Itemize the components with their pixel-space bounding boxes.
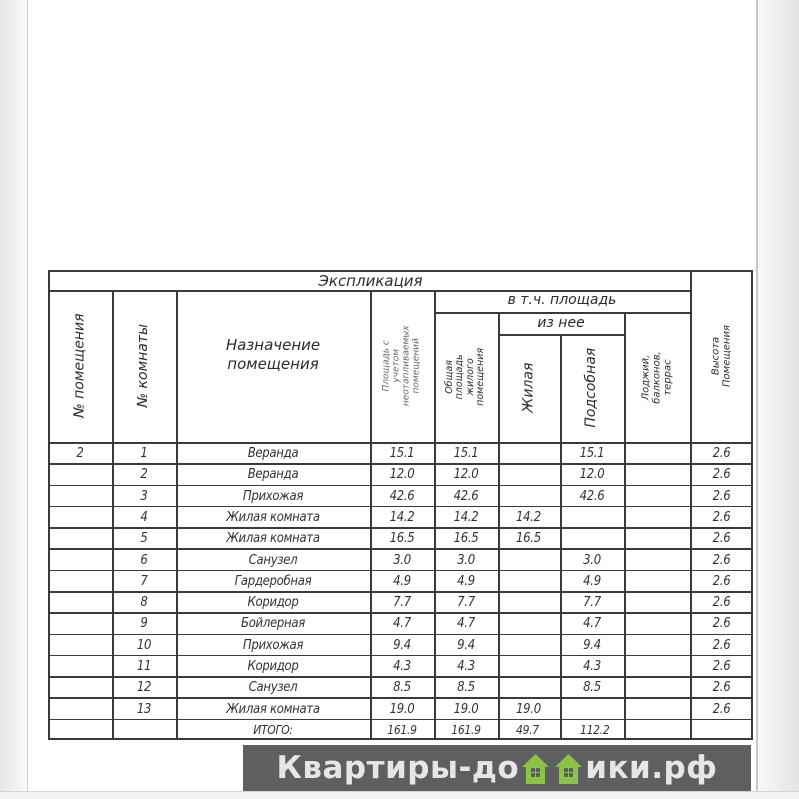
cell-group (48, 592, 112, 613)
cell-area-all: 16.5 (370, 528, 434, 549)
table-grid-line (560, 334, 562, 442)
cell-living (498, 635, 560, 656)
header-room-no: № комнаты (112, 290, 176, 442)
cell-height: 2.6 (690, 443, 753, 464)
cell-aux: 4.9 (560, 571, 624, 592)
cell-area-total: 4.3 (434, 656, 498, 677)
cell-height: 2.6 (690, 528, 753, 549)
explication-table: Экспликация № помещения № комнаты Назнач… (48, 270, 753, 740)
cell-area-all: 4.9 (370, 571, 434, 592)
cell-area-total: 14.2 (434, 507, 498, 528)
cell-aux: 42.6 (560, 486, 624, 507)
header-living: Жилая (498, 334, 560, 442)
cell-aux: 9.4 (560, 635, 624, 656)
cell-height: 2.6 (690, 571, 753, 592)
table-grid-line (498, 334, 624, 336)
cell-name: Санузел (176, 677, 370, 698)
cell-group (48, 656, 112, 677)
cell-area-total: 16.5 (434, 528, 498, 549)
cell-group (48, 464, 112, 485)
cell-area-total: 19.0 (434, 698, 498, 719)
cell-area-all: 161.9 (370, 720, 434, 741)
cell-room: 1 (112, 443, 176, 464)
cell-aux (560, 698, 624, 719)
table-title: Экспликация (308, 272, 433, 290)
table-grid-line (434, 312, 690, 314)
cell-aux (560, 507, 624, 528)
cell-room (112, 720, 176, 741)
cell-living: 16.5 (498, 528, 560, 549)
cell-loggia (624, 486, 690, 507)
cell-height: 2.6 (690, 635, 753, 656)
cell-area-total: 4.7 (434, 613, 498, 634)
header-purpose: Назначение помещения (198, 336, 348, 374)
table-grid-line (498, 312, 500, 442)
cell-aux: 112.2 (560, 720, 624, 741)
house-icon (520, 751, 551, 785)
cell-name: Коридор (176, 656, 370, 677)
cell-area-total: 7.7 (434, 592, 498, 613)
cell-loggia (624, 549, 690, 570)
cell-room: 3 (112, 486, 176, 507)
cell-group (48, 549, 112, 570)
cell-name: Бойлерная (176, 613, 370, 634)
cell-area-all: 8.5 (370, 677, 434, 698)
cell-area-total: 3.0 (434, 549, 498, 570)
header-area-with-unheated: Площадь с учетом неотапливаемых помещени… (370, 290, 434, 442)
cell-living (498, 677, 560, 698)
cell-height: 2.6 (690, 592, 753, 613)
cell-room: 4 (112, 507, 176, 528)
header-total-living-area: Общая площадь жилого помещения (434, 312, 498, 442)
cell-living: 49.7 (498, 720, 560, 741)
cell-height (690, 720, 753, 741)
cell-area-all: 12.0 (370, 464, 434, 485)
cell-living (498, 592, 560, 613)
cell-name: Веранда (176, 443, 370, 464)
cell-group (48, 720, 112, 741)
cell-room: 7 (112, 571, 176, 592)
cell-height: 2.6 (690, 613, 753, 634)
cell-aux: 4.7 (560, 613, 624, 634)
cell-room: 6 (112, 549, 176, 570)
cell-aux: 15.1 (560, 443, 624, 464)
cell-group (48, 571, 112, 592)
cell-living (498, 613, 560, 634)
cell-room: 12 (112, 677, 176, 698)
cell-loggia (624, 720, 690, 741)
cell-area-total: 8.5 (434, 677, 498, 698)
cell-aux: 12.0 (560, 464, 624, 485)
cell-height: 2.6 (690, 656, 753, 677)
cell-area-all: 4.7 (370, 613, 434, 634)
cell-area-all: 14.2 (370, 507, 434, 528)
header-room-group-no: № помещения (48, 290, 112, 442)
site-watermark: Квартиры-до ики.рф (243, 745, 751, 791)
cell-living (498, 464, 560, 485)
cell-area-all: 4.3 (370, 656, 434, 677)
header-auxiliary: Подсобная (560, 334, 624, 442)
cell-room: 8 (112, 592, 176, 613)
header-height: Высота Помещения (690, 270, 753, 442)
cell-room: 5 (112, 528, 176, 549)
cell-loggia (624, 656, 690, 677)
cell-height: 2.6 (690, 507, 753, 528)
cell-loggia (624, 613, 690, 634)
cell-living: 14.2 (498, 507, 560, 528)
cell-height: 2.6 (690, 677, 753, 698)
cell-loggia (624, 677, 690, 698)
watermark-text-start: Квартиры-до (277, 750, 520, 786)
cell-area-total: 161.9 (434, 720, 498, 741)
table-grid-line (48, 270, 753, 272)
cell-name: Прихожая (176, 635, 370, 656)
cell-name: Жилая комната (176, 698, 370, 719)
cell-loggia (624, 698, 690, 719)
cell-area-total: 15.1 (434, 443, 498, 464)
cell-aux: 4.3 (560, 656, 624, 677)
cell-room: 13 (112, 698, 176, 719)
cell-height: 2.6 (690, 464, 753, 485)
cell-loggia (624, 635, 690, 656)
cell-area-total: 12.0 (434, 464, 498, 485)
cell-living: 19.0 (498, 698, 560, 719)
cell-aux: 3.0 (560, 549, 624, 570)
cell-area-all: 9.4 (370, 635, 434, 656)
cell-name: Гардеробная (176, 571, 370, 592)
watermark-text-end: ики.рф (585, 750, 717, 786)
cell-area-all: 19.0 (370, 698, 434, 719)
cell-aux (560, 528, 624, 549)
cell-group (48, 677, 112, 698)
cell-name: ИТОГО: (176, 720, 370, 741)
cell-group (48, 507, 112, 528)
cell-area-total: 9.4 (434, 635, 498, 656)
cell-group (48, 698, 112, 719)
cell-height: 2.6 (690, 486, 753, 507)
cell-name: Прихожая (176, 486, 370, 507)
cell-loggia (624, 592, 690, 613)
cell-room: 9 (112, 613, 176, 634)
cell-name: Веранда (176, 464, 370, 485)
cell-area-all: 15.1 (370, 443, 434, 464)
cell-height: 2.6 (690, 698, 753, 719)
cell-group (48, 635, 112, 656)
cell-area-total: 4.9 (434, 571, 498, 592)
cell-name: Жилая комната (176, 528, 370, 549)
cell-group: 2 (48, 443, 112, 464)
cell-room: 10 (112, 635, 176, 656)
cell-living (498, 656, 560, 677)
cell-loggia (624, 443, 690, 464)
cell-loggia (624, 571, 690, 592)
cell-aux: 7.7 (560, 592, 624, 613)
cell-name: Жилая комната (176, 507, 370, 528)
cell-room: 11 (112, 656, 176, 677)
cell-living (498, 486, 560, 507)
cell-aux: 8.5 (560, 677, 624, 698)
cell-name: Санузел (176, 549, 370, 570)
table-grid-line (624, 312, 626, 442)
cell-loggia (624, 528, 690, 549)
cell-living (498, 443, 560, 464)
cell-height: 2.6 (690, 549, 753, 570)
cell-group (48, 613, 112, 634)
cell-loggia (624, 464, 690, 485)
cell-living (498, 549, 560, 570)
bottom-edge (0, 791, 799, 799)
header-incl-area: в т.ч. площадь (434, 292, 690, 308)
cell-area-all: 3.0 (370, 549, 434, 570)
cell-area-all: 7.7 (370, 592, 434, 613)
cell-area-total: 42.6 (434, 486, 498, 507)
cell-living (498, 571, 560, 592)
cell-room: 2 (112, 464, 176, 485)
cell-group (48, 528, 112, 549)
right-background (755, 0, 799, 799)
cell-name: Коридор (176, 592, 370, 613)
left-background (0, 0, 27, 799)
cell-loggia (624, 507, 690, 528)
header-of-which: из нее (498, 315, 624, 331)
cell-area-all: 42.6 (370, 486, 434, 507)
house-icon (553, 751, 584, 785)
header-loggias: Лоджий, балконов, террас (624, 312, 690, 442)
cell-group (48, 486, 112, 507)
table-grid-line (48, 290, 690, 292)
